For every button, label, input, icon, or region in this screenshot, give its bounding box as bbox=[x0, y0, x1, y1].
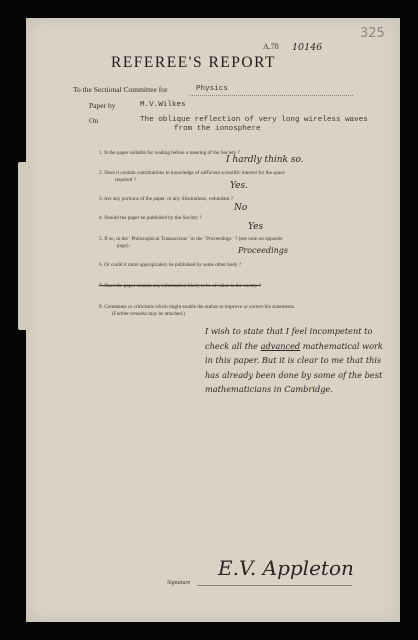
question-5-cont: page). bbox=[117, 243, 130, 249]
paper-by-value: M.V.Wilkes bbox=[140, 101, 186, 109]
signature: E.V. Appleton bbox=[218, 556, 354, 580]
question-3: 3. Are any portions of the paper, or any… bbox=[99, 196, 233, 202]
attached-page-edge bbox=[18, 162, 30, 330]
paper-by-label: Paper by bbox=[89, 101, 115, 110]
question-5: 5. If so, in the ' Philosophical Transac… bbox=[99, 236, 283, 242]
question-1: 1. Is the paper suitable for reading bef… bbox=[99, 150, 240, 156]
reference-number: 10146 bbox=[292, 42, 322, 53]
answer-3: No bbox=[234, 203, 247, 213]
page-title: REFEREE'S REPORT bbox=[111, 54, 276, 72]
folio-number: 325 bbox=[360, 26, 385, 41]
answer-4: Yes bbox=[248, 222, 263, 232]
question-8: 8. Comments or criticisms which might en… bbox=[99, 304, 295, 310]
form-code: A.78 bbox=[263, 42, 279, 51]
paper-title-line2: from the ionosphere bbox=[174, 125, 261, 133]
committee-value: Physics bbox=[196, 85, 228, 93]
referee-report-sheet bbox=[26, 18, 400, 622]
question-7-struck: 7. Does the paper contain any informatio… bbox=[99, 283, 261, 289]
committee-label: To the Sectional Committee for bbox=[73, 85, 167, 94]
committee-line bbox=[190, 95, 353, 96]
question-2: 2. Does it contain contributions to know… bbox=[99, 170, 285, 176]
answer-5: Proceedings bbox=[238, 246, 288, 255]
question-4: 4. Should the paper be published by the … bbox=[99, 215, 202, 221]
question-2-cont: required ? bbox=[115, 177, 136, 183]
signature-line bbox=[197, 585, 352, 586]
answer-2: Yes. bbox=[230, 181, 248, 191]
answer-1: I hardly think so. bbox=[226, 155, 304, 165]
signature-label: Signature bbox=[167, 580, 190, 586]
paper-title-line1: The oblique reflection of very long wire… bbox=[140, 116, 368, 124]
question-8-cont: (Further remarks may be attached.) bbox=[112, 311, 185, 317]
referee-comment: I wish to state that I feel incompetent … bbox=[205, 324, 385, 397]
question-6: 6. Or could it more appropriately be pub… bbox=[99, 262, 241, 268]
on-label: On bbox=[89, 116, 98, 125]
